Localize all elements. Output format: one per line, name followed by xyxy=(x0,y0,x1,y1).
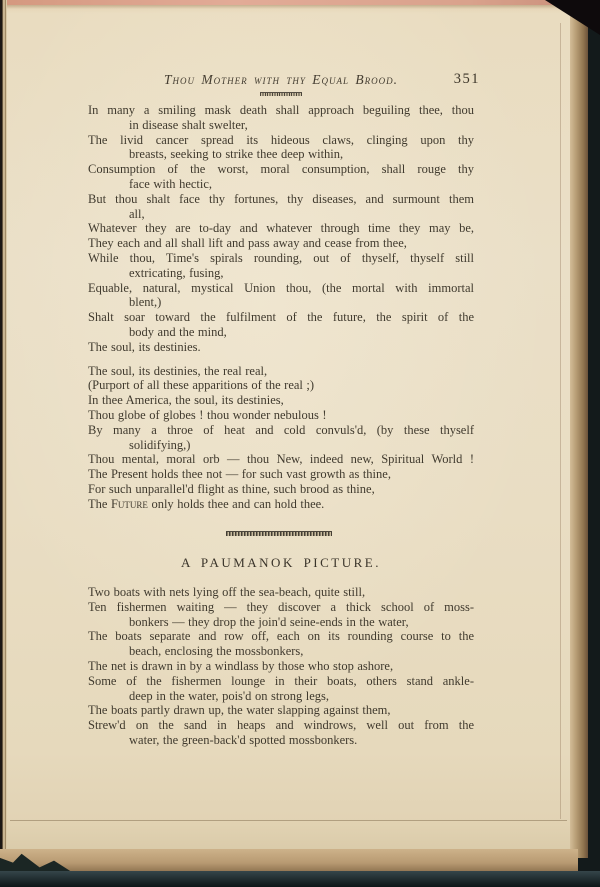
poem-title-paumanok: A PAUMANOK PICTURE. xyxy=(88,555,474,571)
poem-line: blent,) xyxy=(88,295,474,310)
poem-line: The boats partly drawn up, the water sla… xyxy=(88,703,474,718)
poem-line: By many a throe of heat and cold convuls… xyxy=(88,423,474,438)
poem-line: all, xyxy=(88,207,474,222)
scan-dark-bottom xyxy=(0,871,600,887)
page-stack-bottom-edge xyxy=(0,849,578,872)
text-block: Thou Mother with thy Equal Brood. 351 In… xyxy=(88,5,474,853)
poem-line: They each and all shall lift and pass aw… xyxy=(88,236,474,251)
poem-line: water, the green-back'd spotted mossbonk… xyxy=(88,733,474,748)
poem-line: Consumption of the worst, moral consumpt… xyxy=(88,162,474,177)
poem-line: deep in the water, pois'd on strong legs… xyxy=(88,689,474,704)
page-stack-right-edge xyxy=(570,2,588,858)
poem-line: The net is drawn in by a windlass by tho… xyxy=(88,659,474,674)
poem-line: extricating, fusing, xyxy=(88,266,474,281)
poem-line: The Present holds thee not — for such va… xyxy=(88,467,474,482)
page-edge-left xyxy=(0,0,7,862)
poem-line: beach, enclosing the mossbonkers, xyxy=(88,644,474,659)
poem-line: In many a smiling mask death shall appro… xyxy=(88,103,474,118)
poem-line: While thou, Time's spirals rounding, out… xyxy=(88,251,474,266)
running-head: Thou Mother with thy Equal Brood. xyxy=(164,72,398,87)
poem-line: The soul, its destinies. xyxy=(88,340,474,355)
poem-line: solidifying,) xyxy=(88,438,474,453)
poem-line: Strew'd on the sand in heaps and windrow… xyxy=(88,718,474,733)
poem-line: In thee America, the soul, its destinies… xyxy=(88,393,474,408)
poem-line: Equable, natural, mystical Union thou, (… xyxy=(88,281,474,296)
poem-paumanok-picture: Two boats with nets lying off the sea-be… xyxy=(88,585,474,748)
poem-line: Thou globe of globes ! thou wonder nebul… xyxy=(88,408,474,423)
poem-line: The livid cancer spread its hideous claw… xyxy=(88,133,474,148)
poem-line: The soul, its destinies, the real real, xyxy=(88,364,474,379)
poem-line: face with hectic, xyxy=(88,177,474,192)
poem-line: But thou shalt face thy fortunes, thy di… xyxy=(88,192,474,207)
stanza: The soul, its destinies, the real real,(… xyxy=(88,364,474,512)
poem-line: For such unparallel'd flight as thine, s… xyxy=(88,482,474,497)
poem-line: bonkers — they drop the join'd seine-end… xyxy=(88,615,474,630)
poem-line: Whatever they are to-day and whatever th… xyxy=(88,221,474,236)
poem-thou-mother-brood: In many a smiling mask death shall appro… xyxy=(88,103,474,512)
running-head-row: Thou Mother with thy Equal Brood. 351 xyxy=(88,71,474,89)
poem-line: Two boats with nets lying off the sea-be… xyxy=(88,585,474,600)
poem-line: The Future only holds thee and can hold … xyxy=(88,497,474,512)
poem-line: (Purport of all these apparitions of the… xyxy=(88,378,474,393)
stanza: In many a smiling mask death shall appro… xyxy=(88,103,474,355)
scanned-book-page: Thou Mother with thy Equal Brood. 351 In… xyxy=(0,0,600,887)
poem-line: body and the mind, xyxy=(88,325,474,340)
stanza: Two boats with nets lying off the sea-be… xyxy=(88,585,474,748)
paper-right-crease xyxy=(560,23,561,819)
poem-line: The boats separate and row off, each on … xyxy=(88,629,474,644)
poem-line: Thou mental, moral orb — thou New, indee… xyxy=(88,452,474,467)
book-page-paper: Thou Mother with thy Equal Brood. 351 In… xyxy=(7,5,570,853)
page-number: 351 xyxy=(454,71,480,88)
section-separator-rule xyxy=(226,531,332,536)
poem-line: in disease shalt swelter, xyxy=(88,118,474,133)
ornament-rule xyxy=(260,92,302,96)
poem-line: Some of the fishermen lounge in their bo… xyxy=(88,674,474,689)
poem-line: Ten fishermen waiting — they discover a … xyxy=(88,600,474,615)
poem-line: Shalt soar toward the fulfilment of the … xyxy=(88,310,474,325)
poem-line: breasts, seeking to strike thee deep wit… xyxy=(88,147,474,162)
